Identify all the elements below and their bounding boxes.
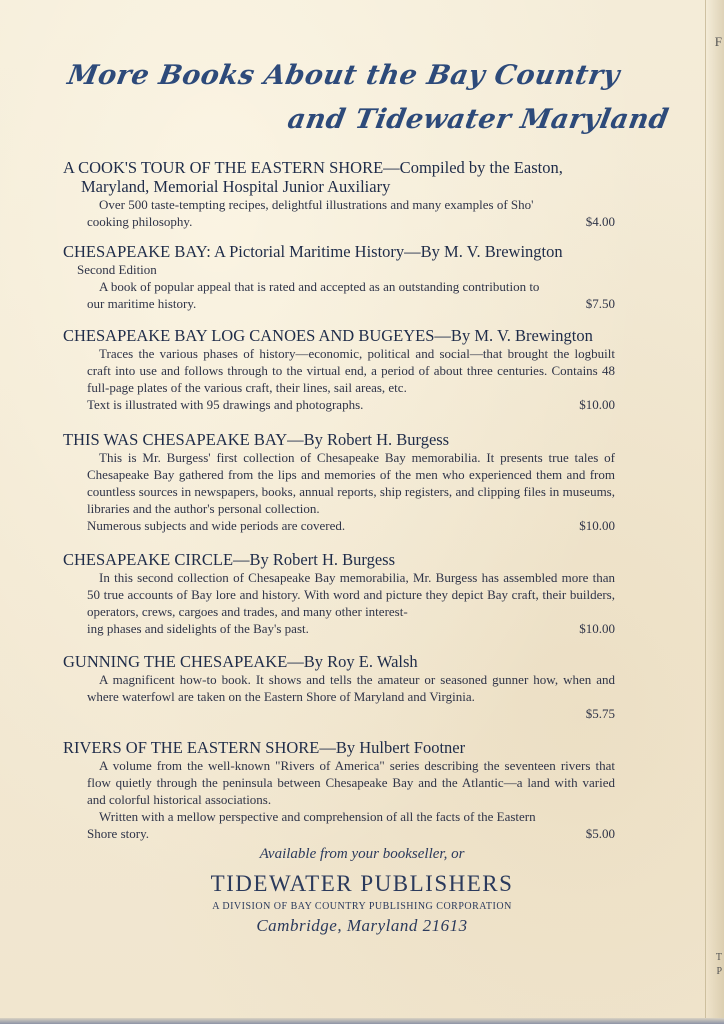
book-entry: CHESAPEAKE BAY LOG CANOES AND BUGEYES—By… — [63, 326, 615, 413]
book-last-line: Numerous subjects and wide periods are c… — [87, 517, 345, 534]
book-entry: THIS WAS CHESAPEAKE BAY—By Robert H. Bur… — [63, 430, 615, 534]
book-entry: A COOK'S TOUR OF THE EASTERN SHORE—Compi… — [63, 158, 615, 230]
book-description-2: Written with a mellow perspective and co… — [63, 808, 615, 825]
book-price: $10.00 — [579, 517, 615, 534]
book-title: THIS WAS CHESAPEAKE BAY—By Robert H. Bur… — [63, 430, 615, 449]
book-last-line: our maritime history. — [87, 295, 196, 312]
book-description: This is Mr. Burgess' first collection of… — [63, 449, 615, 517]
edge-mark-bottom-1: T — [716, 952, 722, 963]
book-description: Traces the various phases of history—eco… — [63, 345, 615, 396]
book-edition: Second Edition — [63, 261, 615, 278]
book-title: GUNNING THE CHESAPEAKE—By Roy E. Walsh — [63, 652, 615, 671]
publisher-division: A DIVISION OF BAY COUNTRY PUBLISHING COR… — [0, 901, 724, 912]
book-last-line: Text is illustrated with 95 drawings and… — [87, 396, 363, 413]
book-last-line: cooking philosophy. — [87, 213, 192, 230]
book-title: CHESAPEAKE CIRCLE—By Robert H. Burgess — [63, 550, 615, 569]
book-description: Over 500 taste-tempting recipes, delight… — [63, 196, 615, 213]
book-description: A volume from the well-known "Rivers of … — [63, 757, 615, 808]
book-price-line: cooking philosophy. $4.00 — [63, 213, 615, 230]
book-price-line: Shore story. $5.00 — [63, 825, 615, 842]
book-description: A book of popular appeal that is rated a… — [63, 278, 615, 295]
edge-mark-bottom-2: P — [716, 966, 722, 977]
book-entry: CHESAPEAKE CIRCLE—By Robert H. Burgess I… — [63, 550, 615, 637]
bottom-edge — [0, 1018, 724, 1024]
book-price: $4.00 — [586, 213, 615, 230]
book-price: $5.00 — [586, 825, 615, 842]
book-title-continued: Maryland, Memorial Hospital Junior Auxil… — [63, 177, 615, 196]
edge-mark-top: F — [715, 34, 722, 50]
book-last-line: ing phases and sidelights of the Bay's p… — [87, 620, 309, 637]
book-price: $10.00 — [579, 396, 615, 413]
publisher-name: TIDEWATER PUBLISHERS — [0, 871, 724, 897]
book-entry: GUNNING THE CHESAPEAKE—By Roy E. Walsh A… — [63, 652, 615, 722]
heading-line-2: and Tidewater Maryland — [285, 104, 724, 135]
availability-note: Available from your bookseller, or — [0, 846, 724, 863]
book-price: $5.75 — [586, 705, 615, 722]
book-price-line: Text is illustrated with 95 drawings and… — [63, 396, 615, 413]
book-title: RIVERS OF THE EASTERN SHORE—By Hulbert F… — [63, 738, 615, 757]
book-price-line: Numerous subjects and wide periods are c… — [63, 517, 615, 534]
book-price-line: $5.75 — [63, 705, 615, 722]
book-entry: CHESAPEAKE BAY: A Pictorial Maritime His… — [63, 242, 615, 312]
publisher-city: Cambridge, Maryland 21613 — [0, 916, 724, 936]
book-title: CHESAPEAKE BAY LOG CANOES AND BUGEYES—By… — [63, 326, 615, 345]
book-entry: RIVERS OF THE EASTERN SHORE—By Hulbert F… — [63, 738, 615, 842]
book-description: A magnificent how-to book. It shows and … — [63, 671, 615, 705]
book-last-line: Shore story. — [87, 825, 149, 842]
book-price: $10.00 — [579, 620, 615, 637]
book-price-line: ing phases and sidelights of the Bay's p… — [63, 620, 615, 637]
book-title: A COOK'S TOUR OF THE EASTERN SHORE—Compi… — [63, 158, 615, 177]
book-title: CHESAPEAKE BAY: A Pictorial Maritime His… — [63, 242, 615, 261]
heading-line-1: More Books About the Bay Country — [65, 60, 724, 91]
book-description: In this second collection of Chesapeake … — [63, 569, 615, 620]
book-price: $7.50 — [586, 295, 615, 312]
book-price-line: our maritime history. $7.50 — [63, 295, 615, 312]
